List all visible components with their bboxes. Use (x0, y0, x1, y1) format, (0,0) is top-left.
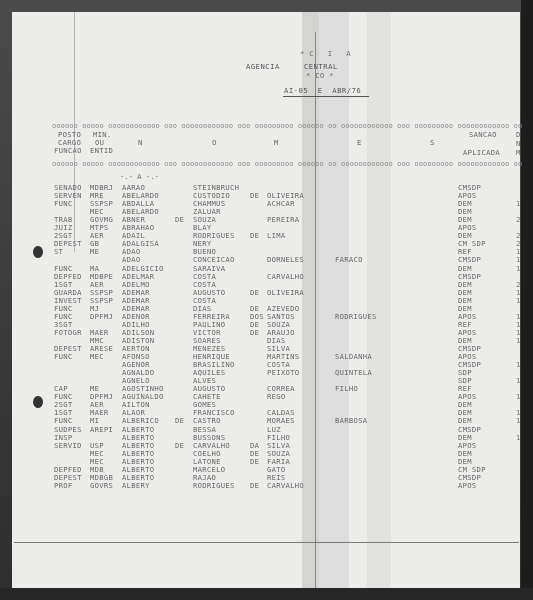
header-entid: ENTID (90, 146, 113, 155)
partial-date-cell: 1 (516, 360, 521, 369)
posto-cell: FOTOGR (54, 328, 82, 337)
surname3-cell: SALDANHA (335, 352, 372, 361)
posto-cell: SERVID (54, 441, 82, 450)
surname2-cell: PEIXOTO (267, 368, 299, 377)
surname2-cell: PEREIRA (267, 215, 299, 224)
header-partial-n: N (516, 139, 521, 148)
surname2-cell: REGO (267, 392, 286, 401)
header-partial-m: M (516, 148, 521, 157)
surname-particle-cell: DE (250, 457, 259, 466)
section-letter-a: -.- A -.- (120, 172, 159, 181)
sancao-cell: APOS (458, 481, 477, 490)
header-letter-o: O (212, 138, 217, 147)
surname2-cell: DORNELES (267, 255, 304, 264)
posto-cell: FUNC (54, 199, 73, 208)
scan-edge-bottom (0, 588, 533, 600)
agency-marks: * C I A (300, 50, 351, 58)
bottom-rule (14, 542, 519, 543)
surname-particle-cell: DE (250, 481, 259, 490)
ministry-cell: AREPI (90, 425, 113, 434)
surname2-cell: OLIVEIRA (267, 288, 304, 297)
fold-line (315, 32, 316, 592)
header-letter-s: S (430, 138, 435, 147)
header-separator-bottom: oooooo ooooo oooooooooooo ooo oooooooooo… (52, 160, 522, 168)
header-partial-d: D (516, 130, 521, 139)
document-code: AI-05 E ABR/76 (284, 86, 361, 95)
surname-particle-cell: DE (250, 231, 259, 240)
partial-date-cell: 1 (516, 392, 521, 401)
surname2-cell: LIMA (267, 231, 286, 240)
surname-cell: RODRIGUES (193, 481, 235, 490)
surname3-cell: RODRIGUES (335, 312, 377, 321)
document-sheet (12, 12, 520, 596)
partial-date-cell: 1 (516, 376, 521, 385)
posto-cell: PROF (54, 481, 73, 490)
ministry-cell: GOVRS (90, 481, 113, 490)
partial-date-cell: 2 (516, 215, 521, 224)
scan-stripe (319, 12, 349, 596)
header-letter-n: N (138, 138, 143, 147)
ministry-cell: ME (90, 247, 99, 256)
partial-date-cell: 1 (516, 336, 521, 345)
punch-hole (33, 246, 43, 258)
name-particle-cell: DE (175, 416, 184, 425)
header-letter-m: M (274, 138, 279, 147)
scan-stripe (367, 12, 391, 596)
posto-cell: FUNC (54, 352, 73, 361)
punch-hole (33, 396, 43, 408)
surname2-cell: CARVALHO (267, 272, 304, 281)
header-letter-e: E (357, 138, 362, 147)
partial-date-cell: 1 (516, 264, 521, 273)
ministry-cell: DPFMJ (90, 312, 113, 321)
agency-title: AGENCIA CENTRAL (246, 62, 338, 71)
header-aplicada: APLICADA (463, 148, 500, 157)
partial-date-cell: 1 (516, 199, 521, 208)
surname3-cell: BARBOSA (335, 416, 367, 425)
header-funcao: FUNCAO (54, 146, 82, 155)
scan-stripe (302, 12, 319, 596)
posto-cell: ST (54, 247, 63, 256)
name-particle-cell: DE (175, 215, 184, 224)
partial-date-cell: 1 (516, 416, 521, 425)
header-separator-top: oooooo ooooo oooooooooooo ooo oooooooooo… (52, 122, 522, 130)
code-underline (283, 96, 369, 97)
surname-particle-cell: DE (250, 191, 259, 200)
surname2-cell: ACHCAR (267, 199, 295, 208)
surname-particle-cell: DE (250, 288, 259, 297)
partial-date-cell: 1 (516, 296, 521, 305)
first-name-cell: ALBERY (122, 481, 150, 490)
surname3-cell: FARACO (335, 255, 363, 264)
surname3-cell: FILHO (335, 384, 358, 393)
surname-particle-cell: DE (250, 328, 259, 337)
surname2-cell: CARVALHO (267, 481, 304, 490)
surname3-cell: QUINTELA (335, 368, 372, 377)
partial-date-cell: 1 (516, 433, 521, 442)
scan-edge-right (521, 0, 533, 600)
ministry-cell: MEC (90, 352, 104, 361)
header-sancao: SANCAO (469, 130, 497, 139)
agency-subtitle: * CO * (306, 72, 334, 80)
name-particle-cell: DE (175, 441, 184, 450)
